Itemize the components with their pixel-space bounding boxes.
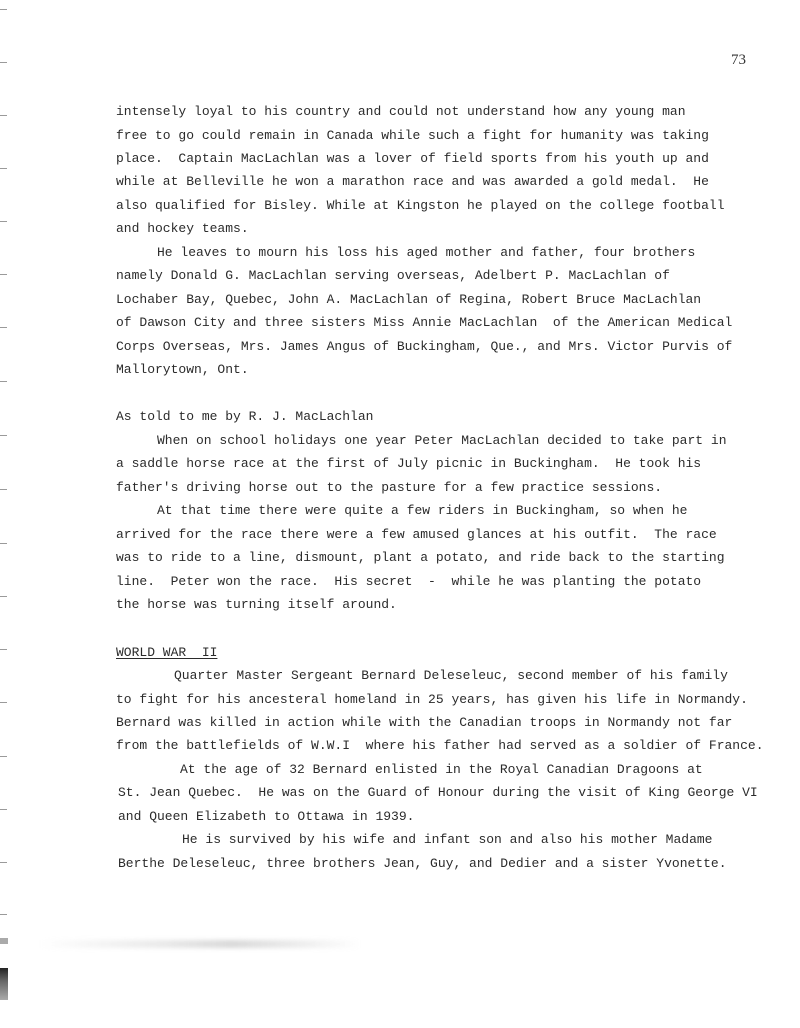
text-line: St. Jean Quebec. He was on the Guard of … xyxy=(118,785,758,801)
text-line: and hockey teams. xyxy=(116,221,249,237)
text-line: also qualified for Bisley. While at King… xyxy=(116,198,725,214)
text-line: Bernard was killed in action while with … xyxy=(116,715,732,731)
text-line: to fight for his ancesteral homeland in … xyxy=(116,692,748,708)
page-number: 73 xyxy=(731,52,746,69)
text-line: the horse was turning itself around. xyxy=(116,597,397,613)
scan-smudge xyxy=(40,940,360,948)
attribution: As told to me by R. J. MacLachlan xyxy=(116,409,373,425)
text-line: Lochaber Bay, Quebec, John A. MacLachlan… xyxy=(116,292,701,308)
text-line: while at Belleville he won a marathon ra… xyxy=(116,174,709,190)
section-heading: WORLD WAR II xyxy=(116,645,217,661)
text-line: was to ride to a line, dismount, plant a… xyxy=(116,550,725,566)
text-line: place. Captain MacLachlan was a lover of… xyxy=(116,151,709,167)
text-line: intensely loyal to his country and could… xyxy=(116,104,686,120)
text-line: of Dawson City and three sisters Miss An… xyxy=(116,315,732,331)
text-line: At the age of 32 Bernard enlisted in the… xyxy=(180,762,703,778)
text-line: arrived for the race there were a few am… xyxy=(116,527,717,543)
text-line: father's driving horse out to the pastur… xyxy=(116,480,662,496)
text-line: from the battlefields of W.W.I where his… xyxy=(116,738,764,754)
text-line: free to go could remain in Canada while … xyxy=(116,128,709,144)
text-line: Quarter Master Sergeant Bernard Delesele… xyxy=(174,668,728,684)
text-line: line. Peter won the race. His secret - w… xyxy=(116,574,701,590)
text-line: namely Donald G. MacLachlan serving over… xyxy=(116,268,670,284)
text-line: He leaves to mourn his loss his aged mot… xyxy=(157,245,695,261)
text-line: Mallorytown, Ont. xyxy=(116,362,249,378)
text-line: a saddle horse race at the first of July… xyxy=(116,456,701,472)
text-line: Corps Overseas, Mrs. James Angus of Buck… xyxy=(116,339,732,355)
text-line: When on school holidays one year Peter M… xyxy=(157,433,727,449)
text-line: He is survived by his wife and infant so… xyxy=(182,832,713,848)
text-line: and Queen Elizabeth to Ottawa in 1939. xyxy=(118,809,414,825)
text-line: Berthe Deleseleuc, three brothers Jean, … xyxy=(118,856,727,872)
text-line: At that time there were quite a few ride… xyxy=(157,503,688,519)
